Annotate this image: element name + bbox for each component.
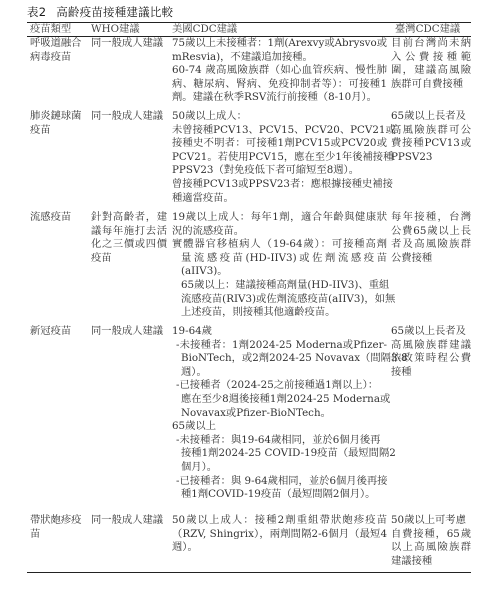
tw-cdc-cell: 50歲以上可考慮 自費接種，65歲 以上高風險族群 建議接種: [391, 514, 471, 568]
cell-line: 65歲以上: [172, 420, 387, 434]
cell-line: 費接種PCV13或: [391, 137, 471, 151]
cell-line: 高風險族群可公: [391, 124, 471, 138]
cell-line: 議每年施打去活: [91, 225, 167, 239]
cell-line: 者及高風險族群: [391, 238, 471, 252]
cell-line: 針對高齡者，建: [91, 211, 167, 225]
cell-line: 疫苗: [91, 252, 167, 266]
vaccine-cell: 呼吸道融合 病毒疫苗: [30, 37, 85, 64]
vaccine-cell: 肺炎鏈球菌 疫苗: [30, 110, 85, 137]
header-tw-cdc: 臺灣CDC建議: [395, 23, 475, 37]
cell-line: 種適當疫苗。: [172, 192, 387, 206]
cell-line: Novavax或Pfizer-BioNTech。: [172, 407, 387, 421]
header-us-cdc: 美國CDC建議: [172, 23, 387, 37]
cell-line: 以上高風險族群: [391, 541, 471, 555]
cell-line: PPSV23（對免疫低下者可縮短至8週）。: [172, 164, 387, 178]
cell-line: 65歲以上長者及: [391, 110, 471, 124]
cell-line: 苗: [30, 528, 85, 542]
cell-line: 帶狀皰疹疫: [30, 514, 85, 528]
cell-line: -未接種者：1劑2024-25 Moderna或Pfizer-: [172, 339, 387, 353]
cell-line: PPSV23: [391, 151, 471, 165]
cell-line: 入公費接種範: [391, 51, 471, 65]
cell-line: 病、糖尿病、腎病、免疫抑制者等）：可接種1: [172, 78, 387, 92]
who-cell: 同一般成人建議: [91, 110, 167, 124]
who-cell: 同一般成人建議: [91, 325, 167, 339]
who-cell: 同一般成人建議: [91, 37, 167, 51]
tw-cdc-cell: 65歲以上長者及 高風險族群可公 費接種PCV13或 PPSV23: [391, 110, 471, 164]
tw-cdc-cell: 65歲以上長者及 高風險族群建議 依政策時程公費 接種: [391, 325, 471, 379]
cell-line: 65歲以上：建議接種高劑量(HD-IIV3)、重組: [172, 279, 387, 293]
cell-line: 每年接種，台灣: [391, 211, 471, 225]
cell-line: 依政策時程公費: [391, 352, 471, 366]
cell-line: 同一般成人建議: [91, 110, 167, 124]
vaccine-cell: 新冠疫苗: [30, 325, 85, 339]
header-vaccine-type: 疫苗類型: [30, 23, 85, 37]
cell-line: 況的流感疫苗。: [172, 225, 387, 239]
us-cdc-cell: 75歲以上未接種者：1劑(Arexvy或Abrysvo或 mResvia)，不建…: [172, 37, 387, 105]
cell-line: PCV21。若使用PCV15，應在至少1年後補接種: [172, 151, 387, 165]
cell-line: 實體器官移植病人（19-64歲）：可接種高劑: [172, 238, 387, 252]
cell-line: (aIIV3)。: [172, 265, 387, 279]
us-cdc-cell: 19歲以上成人：每年1劑，適合年齡與健康狀 況的流感疫苗。 實體器官移植病人（1…: [172, 211, 387, 320]
cell-line: 疫苗: [30, 124, 85, 138]
cell-line: 65歲以上長者及: [391, 325, 471, 339]
cell-line: 同一般成人建議: [91, 37, 167, 51]
cell-line: 劑。建議在秋季RSV流行前接種（8-10月）。: [172, 91, 387, 105]
cell-line: 接種史不明者：可接種1劑PCV15或PCV20或: [172, 137, 387, 151]
cell-line: 19歲以上成人：每年1劑，適合年齡與健康狀: [172, 211, 387, 225]
cell-line: 建議接種: [391, 555, 471, 569]
vaccine-cell: 流感疫苗: [30, 211, 85, 225]
header-who: WHO建議: [91, 23, 167, 37]
cell-line: 化之三價或四價: [91, 238, 167, 252]
cell-line: 圍，建議高風險: [391, 64, 471, 78]
tw-cdc-cell: 目前台灣尚未納 入公費接種範 圍，建議高風險 族群可自費接種: [391, 37, 471, 91]
cell-line: 個月）。: [172, 461, 387, 475]
cell-line: 同一般成人建議: [91, 514, 167, 528]
us-cdc-cell: 19-64歲 -未接種者：1劑2024-25 Moderna或Pfizer- B…: [172, 325, 387, 502]
cell-line: 種1劑COVID-19疫苗（最短間隔2個月）。: [172, 488, 387, 502]
cell-line: 高風險族群建議: [391, 339, 471, 353]
cell-line: 同一般成人建議: [91, 325, 167, 339]
us-cdc-cell: 50歲以上成人：接種2劑重組帶狀皰疹疫苗 （RZV, Shingrix），兩劑間…: [172, 514, 387, 555]
cell-line: 上述疫苗，則接種其他適齡疫苗。: [172, 306, 387, 320]
cell-line: 接種1劑2024-25 COVID-19疫苗（最短間隔2: [172, 447, 387, 461]
cell-line: 自費接種，65歲: [391, 528, 471, 542]
cell-line: 流感疫苗(RIV3)或佐劑流感疫苗(aIIV3)，如無: [172, 293, 387, 307]
cell-line: -已接種者：與 9-64歲相同，並於6個月後再接: [172, 475, 387, 489]
cell-line: 週）。: [172, 541, 387, 555]
cell-line: （RZV, Shingrix），兩劑間隔2-6個月（最短4: [172, 528, 387, 542]
vaccine-cell: 帶狀皰疹疫 苗: [30, 514, 85, 541]
table-number: 表2: [27, 5, 46, 19]
cell-line: 50歲以上成人：: [172, 110, 387, 124]
cell-line: 量流感疫苗(HD-IIV3)或佐劑流感疫苗: [172, 252, 387, 266]
cell-line: 50歲以上可考慮: [391, 514, 471, 528]
cell-line: 新冠疫苗: [30, 325, 85, 339]
who-cell: 同一般成人建議: [91, 514, 167, 528]
cell-line: 公費65歲以上長: [391, 225, 471, 239]
cell-line: 目前台灣尚未納: [391, 37, 471, 51]
table-caption: 表2高齡疫苗接種建議比較: [27, 4, 173, 20]
cell-line: 肺炎鏈球菌: [30, 110, 85, 124]
cell-line: 未曾接種PCV13、PCV15、PCV20、PCV21或: [172, 124, 387, 138]
cell-line: 週）。: [172, 366, 387, 380]
cell-line: 50歲以上成人：接種2劑重組帶狀皰疹疫苗: [172, 514, 387, 528]
table-bottom-rule: [27, 572, 471, 573]
cell-line: 應在至少8週後接種1劑2024-25 Moderna或: [172, 393, 387, 407]
cell-line: 75歲以上未接種者：1劑(Arexvy或Abrysvo或: [172, 37, 387, 51]
cell-line: BioNTech，或2劑2024-25 Novavax（間隔3-8: [172, 352, 387, 366]
cell-line: 19-64歲: [172, 325, 387, 339]
table-title: 高齡疫苗接種建議比較: [56, 5, 173, 19]
cell-line: 族群可自費接種: [391, 78, 471, 92]
cell-line: 接種: [391, 366, 471, 380]
cell-line: -已接種者（2024-25之前接種過1劑以上）：: [172, 379, 387, 393]
cell-line: 呼吸道融合: [30, 37, 85, 51]
cell-line: 60-74 歲高風險族群（如心血管疾病、慢性肺: [172, 64, 387, 78]
cell-line: 曾接種PCV13或PPSV23者：應根據接種史補接: [172, 178, 387, 192]
who-cell: 針對高齡者，建 議每年施打去活 化之三價或四價 疫苗: [91, 211, 167, 265]
cell-line: 病毒疫苗: [30, 51, 85, 65]
cell-line: 公費接種: [391, 252, 471, 266]
us-cdc-cell: 50歲以上成人： 未曾接種PCV13、PCV15、PCV20、PCV21或 接種…: [172, 110, 387, 205]
cell-line: -未接種者：與19-64歲相同，並於6個月後再: [172, 434, 387, 448]
tw-cdc-cell: 每年接種，台灣 公費65歲以上長 者及高風險族群 公費接種: [391, 211, 471, 265]
cell-line: mResvia)，不建議追加接種。: [172, 51, 387, 65]
cell-line: 流感疫苗: [30, 211, 85, 225]
